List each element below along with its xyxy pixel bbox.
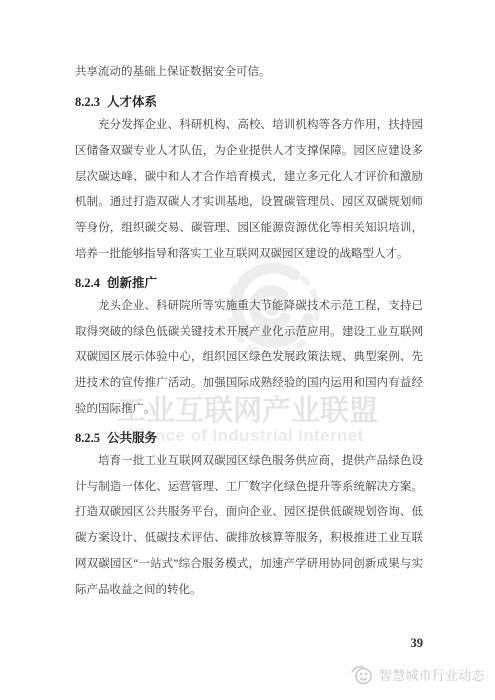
section-heading-824: 8.2.4创新推广 [75,274,423,292]
section-heading-825: 8.2.5公共服务 [75,429,423,447]
section-number: 8.2.4 [75,276,100,290]
page-number: 39 [411,636,424,651]
section-paragraph-824: 龙头企业、科研院所等实施重大节能降碳技术示范工程，支持已取得突破的绿色低碳关键技… [75,294,423,423]
section-number: 8.2.5 [75,431,100,445]
footer-credit: 智慧城市行业动态 [349,663,485,686]
paragraph-continuation: 共享流动的基础上保证数据安全可信。 [75,59,423,85]
section-paragraph-823: 充分发挥企业、科研机构、高校、培训机构等各方作用，扶持园区储备双碳专业人才队伍，… [75,113,423,268]
section-title: 人才体系 [107,95,157,109]
document-page: 工业互联网产业联盟 Alliance of Industrial Interne… [0,0,495,700]
section-heading-823: 8.2.3人才体系 [75,93,423,111]
section-title: 公共服务 [107,431,157,445]
section-number: 8.2.3 [75,95,100,109]
document-body: 共享流动的基础上保证数据安全可信。 8.2.3人才体系 充分发挥企业、科研机构、… [75,59,423,604]
section-paragraph-825: 培育一批工业互联网双碳园区绿色服务供应商，提供产品绿色设计与制造一体化、运营管理… [75,449,423,604]
footer-source-label: 智慧城市行业动态 [379,665,485,684]
section-title: 创新推广 [107,276,157,290]
smiley-face-icon [349,663,376,686]
